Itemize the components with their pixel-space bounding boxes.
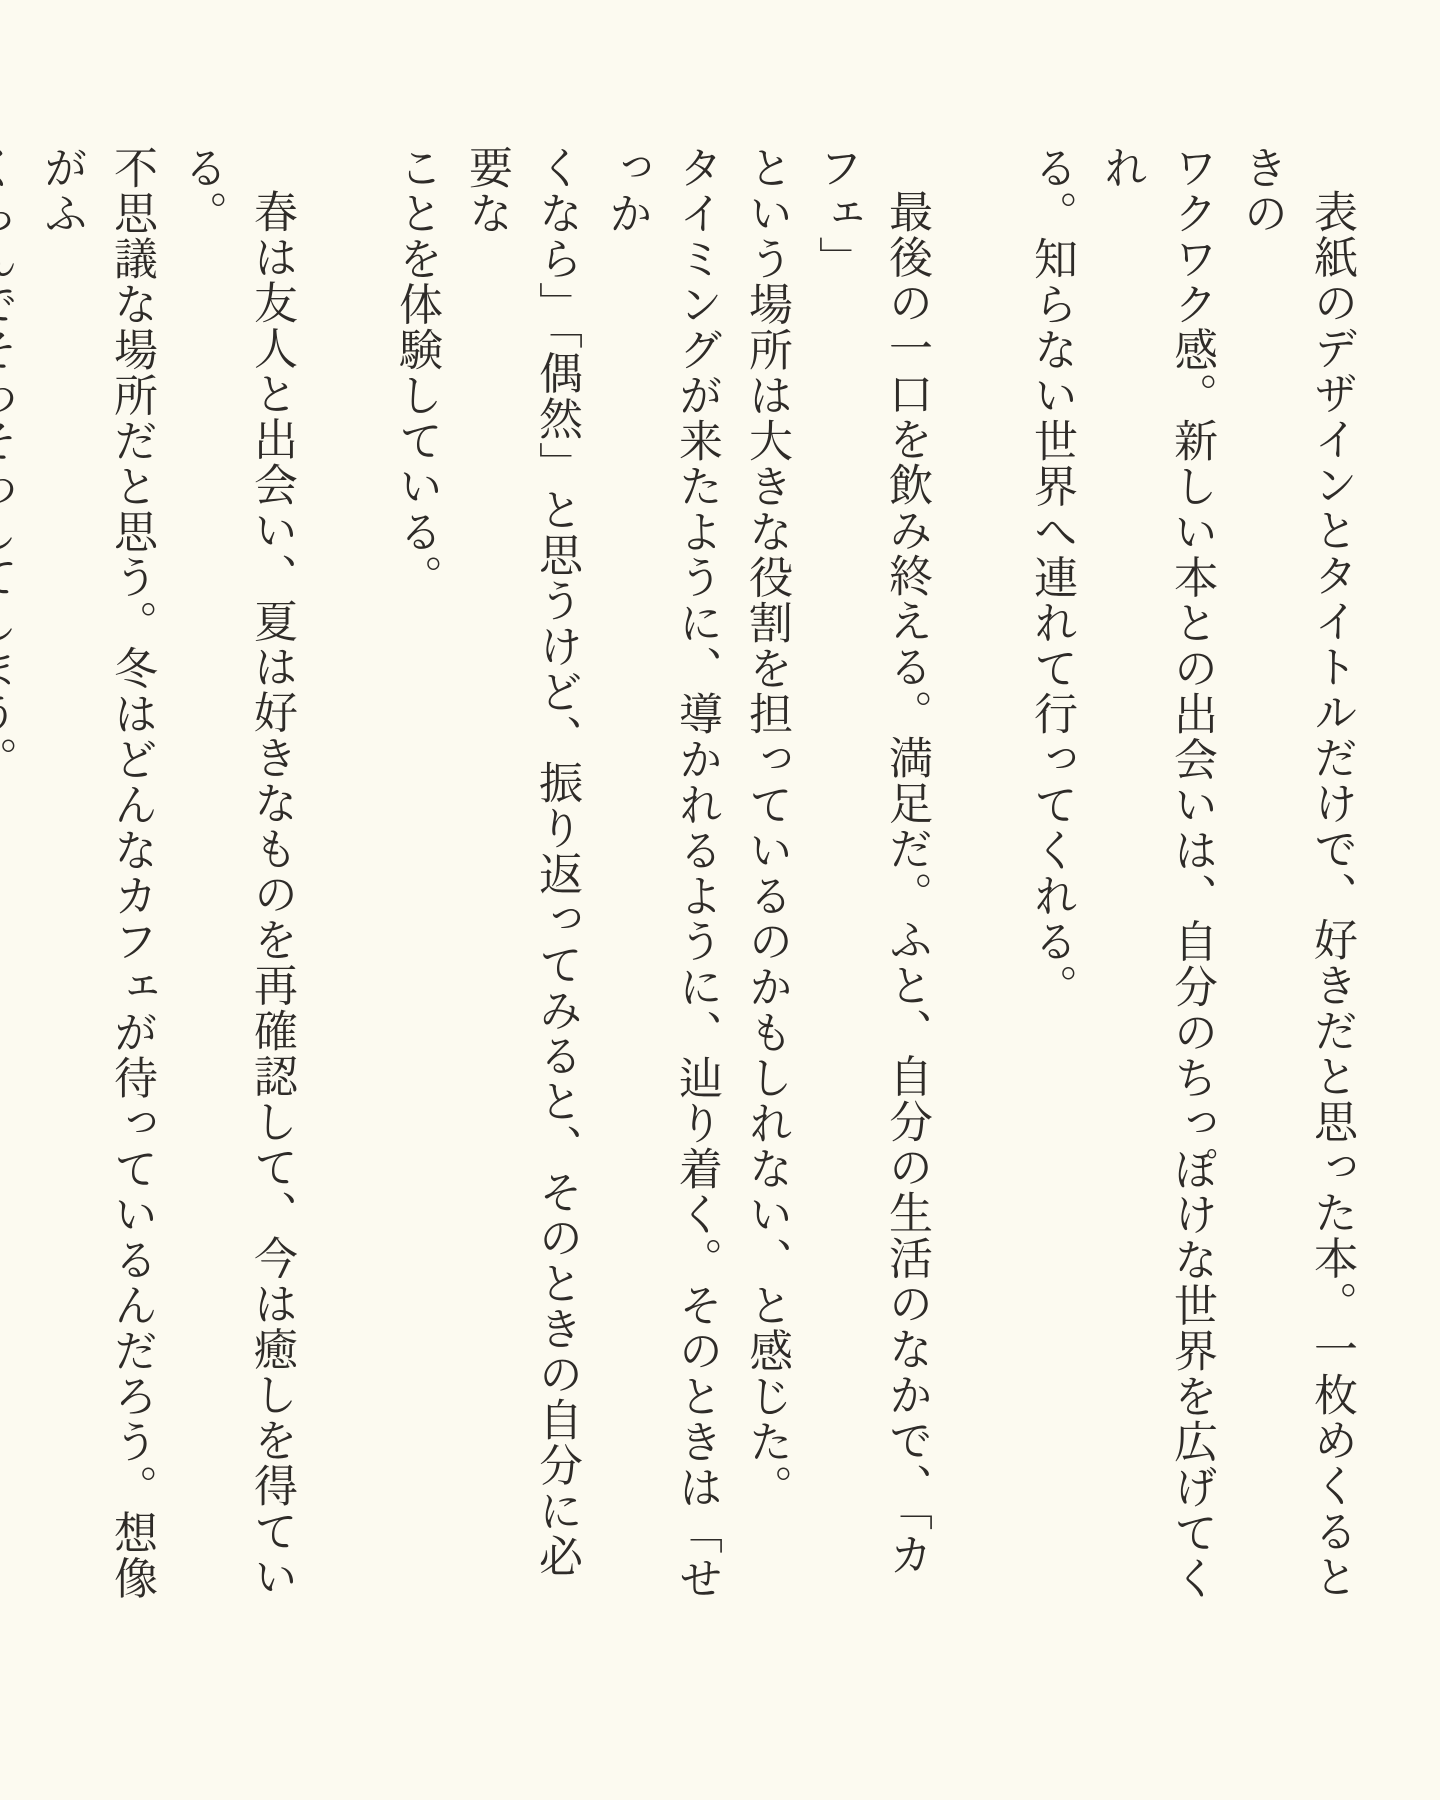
paragraph: 最後の一口を飲み終える。満足だ。ふと、自分の生活のなかで、「カフェ」という場所は… [381,145,941,1620]
paragraph: 春は友人と出会い、夏は好きなものを再確認して、今は癒しを得ている。不思議な場所だ… [0,145,306,1620]
page-background: 表紙のデザインとタイトルだけで、好きだと思った本。一枚めくるときのワクワク感。新… [0,0,1440,1800]
essay-text: 表紙のデザインとタイトルだけで、好きだと思った本。一枚めくるときのワクワク感。新… [0,0,1440,1620]
paragraph: 表紙のデザインとタイトルだけで、好きだと思った本。一枚めくるときのワクワク感。新… [1016,145,1366,1620]
